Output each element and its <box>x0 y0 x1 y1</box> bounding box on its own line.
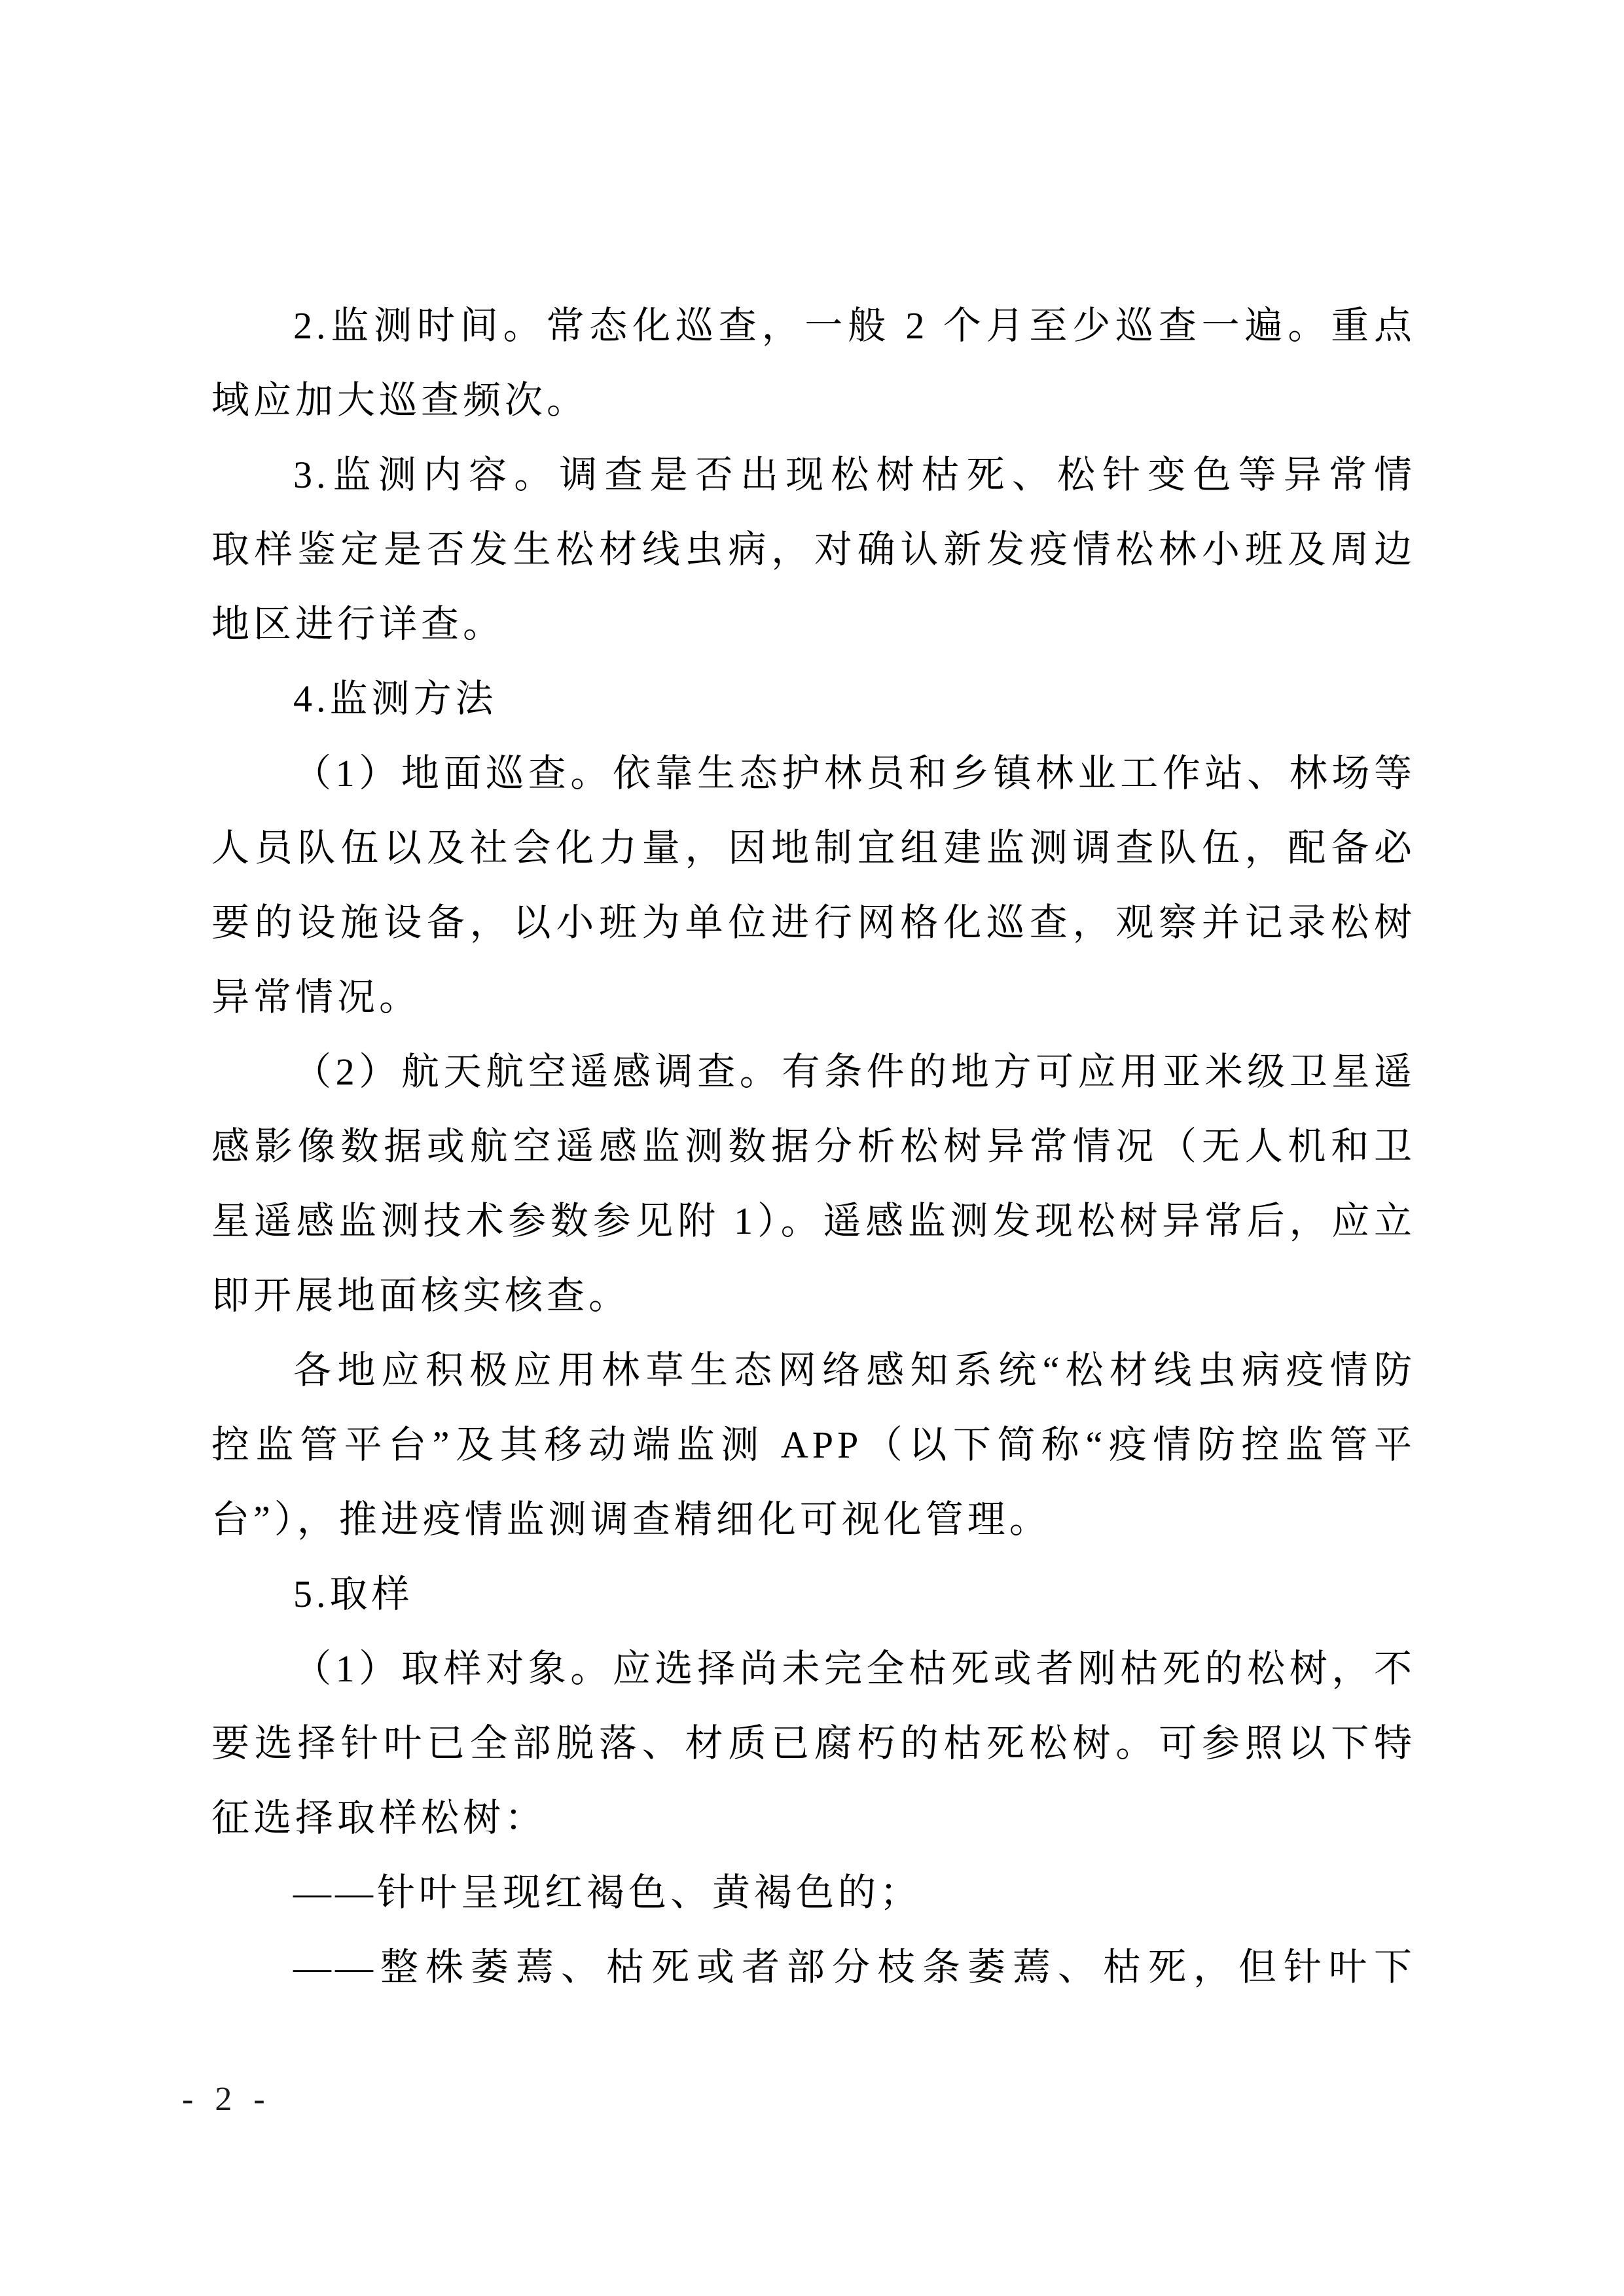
document-line: 即开展地面核实核查。 <box>211 1259 1416 1333</box>
document-line: 3.监测内容。调查是否出现松树枯死、松针变色等异常情况， <box>211 438 1416 512</box>
document-line: 2.监测时间。常态化巡查，一般 2 个月至少巡查一遍。重点区 <box>211 289 1416 363</box>
document-page: 2.监测时间。常态化巡查，一般 2 个月至少巡查一遍。重点区域应加大巡查频次。3… <box>0 0 1624 2296</box>
document-line: 要选择针叶已全部脱落、材质已腐朽的枯死松树。可参照以下特 <box>211 1706 1416 1781</box>
document-line: 异常情况。 <box>211 960 1416 1035</box>
document-line: ——针叶呈现红褐色、黄褐色的； <box>211 1856 1416 1930</box>
document-line: 人员队伍以及社会化力量，因地制宜组建监测调查队伍，配备必 <box>211 811 1416 886</box>
document-line: 各地应积极应用林草生态网络感知系统“松材线虫病疫情防 <box>211 1333 1416 1408</box>
document-line: 台”），推进疫情监测调查精细化可视化管理。 <box>211 1482 1416 1557</box>
document-line: （1）取样对象。应选择尚未完全枯死或者刚枯死的松树，不 <box>211 1632 1416 1706</box>
document-line: 控监管平台”及其移动端监测 APP（以下简称“疫情防控监管平 <box>211 1408 1416 1482</box>
document-line: 域应加大巡查频次。 <box>211 363 1416 438</box>
page-number: - 2 - <box>182 2080 272 2119</box>
document-line: （1）地面巡查。依靠生态护林员和乡镇林业工作站、林场等 <box>211 736 1416 811</box>
document-line: 5.取样 <box>211 1557 1416 1632</box>
document-line: 地区进行详查。 <box>211 587 1416 662</box>
document-line: ——整株萎蔫、枯死或者部分枝条萎蔫、枯死，但针叶下垂、 <box>211 1930 1416 2005</box>
document-line: 要的设施设备，以小班为单位进行网格化巡查，观察并记录松树 <box>211 886 1416 960</box>
document-line: 取样鉴定是否发生松材线虫病，对确认新发疫情松林小班及周边 <box>211 512 1416 587</box>
document-line: 征选择取样松树： <box>211 1781 1416 1856</box>
document-body: 2.监测时间。常态化巡查，一般 2 个月至少巡查一遍。重点区域应加大巡查频次。3… <box>211 289 1416 2005</box>
document-line: 感影像数据或航空遥感监测数据分析松树异常情况（无人机和卫 <box>211 1109 1416 1184</box>
document-line: （2）航天航空遥感调查。有条件的地方可应用亚米级卫星遥 <box>211 1035 1416 1109</box>
document-line: 4.监测方法 <box>211 662 1416 736</box>
document-line: 星遥感监测技术参数参见附 1）。遥感监测发现松树异常后，应立 <box>211 1184 1416 1259</box>
